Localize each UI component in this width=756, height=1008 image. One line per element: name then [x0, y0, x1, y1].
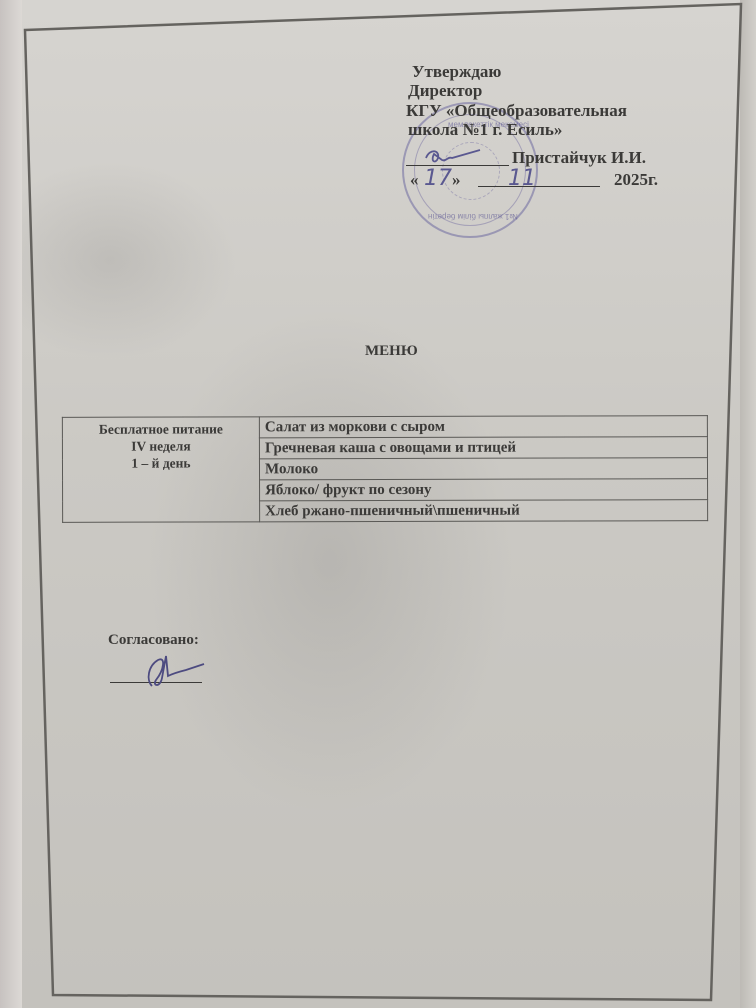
table-row: Бесплатное питание IV неделя 1 – й день …	[62, 416, 707, 439]
day-label: 1 – й день	[68, 454, 254, 471]
menu-item: Молоко	[259, 458, 707, 480]
menu-table: Бесплатное питание IV неделя 1 – й день …	[62, 415, 708, 523]
menu-item: Хлеб ржано-пшеничный\пшеничный	[260, 500, 708, 522]
date-quote-open: «	[410, 170, 419, 190]
page-title: МЕНЮ	[365, 343, 418, 360]
menu-day-cell: Бесплатное питание IV неделя 1 – й день	[62, 417, 259, 523]
date-quote-close: »	[452, 170, 461, 190]
agreed-label: Согласовано:	[108, 632, 199, 649]
stamp-text-bottom: №1 жалпы білім беретін	[428, 212, 518, 221]
approval-position: Директор	[408, 81, 482, 101]
date-month-line	[478, 186, 600, 187]
date-year: 2025г.	[614, 170, 658, 190]
menu-item: Гречневая каша с овощами и птицей	[259, 437, 707, 459]
menu-item: Яблоко/ фрукт по сезону	[260, 479, 708, 501]
approval-organization: КГУ «Общеобразовательная	[406, 101, 627, 121]
menu-item: Салат из моркови с сыром	[259, 416, 707, 438]
director-signature	[420, 144, 500, 168]
meal-type: Бесплатное питание	[68, 420, 254, 437]
date-month: 11	[508, 166, 536, 191]
agreed-signature	[138, 650, 208, 692]
approval-school: школа №1 г. Есиль»	[408, 120, 562, 140]
date-day: 17	[424, 166, 452, 191]
page-edge-left	[0, 0, 22, 1008]
approval-title: Утверждаю	[412, 62, 501, 82]
page-edge-right	[740, 0, 756, 1008]
director-name: Пристайчук И.И.	[512, 148, 646, 168]
week-label: IV неделя	[68, 437, 254, 454]
